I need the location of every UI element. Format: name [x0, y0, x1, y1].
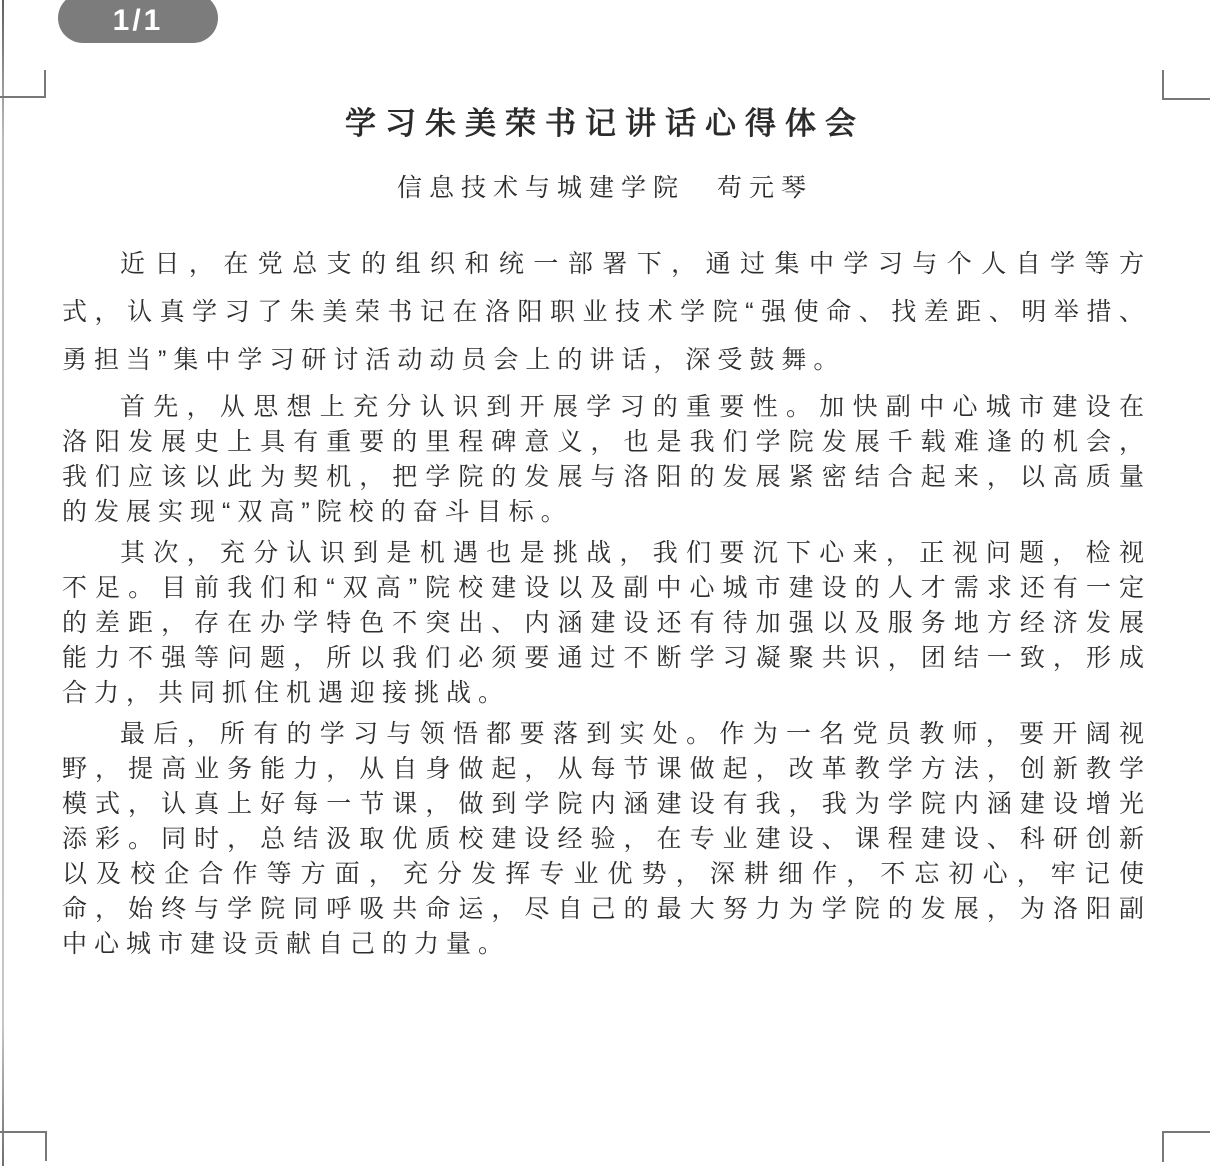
paragraph: 近日，在党总支的组织和统一部署下，通过集中学习与个人自学等方式，认真学习了朱美荣… [62, 240, 1148, 384]
text-line: 合力，共同抓住机遇迎接挑战。 [62, 676, 1148, 711]
document-body: 近日，在党总支的组织和统一部署下，通过集中学习与个人自学等方式，认真学习了朱美荣… [62, 240, 1148, 962]
margin-corner-mark-bottom-right [1162, 1131, 1210, 1162]
paragraph: 其次，充分认识到是机遇也是挑战，我们要沉下心来，正视问题，检视不足。目前我们和“… [62, 536, 1148, 711]
text-line: 的差距，存在办学特色不突出、内涵建设还有待加强以及服务地方经济发展 [62, 606, 1148, 641]
text-line: 中心城市建设贡献自己的力量。 [62, 927, 1148, 962]
text-line: 我们应该以此为契机，把学院的发展与洛阳的发展紧密结合起来，以高质量 [62, 460, 1148, 495]
text-line: 命，始终与学院同呼吸共命运，尽自己的最大努力为学院的发展，为洛阳副 [62, 892, 1148, 927]
text-line: 近日，在党总支的组织和统一部署下，通过集中学习与个人自学等方 [62, 240, 1148, 288]
text-line: 最后，所有的学习与领悟都要落到实处。作为一名党员教师，要开阔视 [62, 717, 1148, 752]
document-byline: 信息技术与城建学院 苟元琴 [62, 176, 1148, 201]
paragraph: 最后，所有的学习与领悟都要落到实处。作为一名党员教师，要开阔视野，提高业务能力，… [62, 717, 1148, 962]
margin-corner-mark-top-left [0, 70, 46, 98]
document-content: 学习朱美荣书记讲话心得体会 信息技术与城建学院 苟元琴 近日，在党总支的组织和统… [62, 0, 1148, 962]
text-line: 勇担当”集中学习研讨活动动员会上的讲话，深受鼓舞。 [62, 336, 1148, 384]
text-line: 模式，认真上好每一节课，做到学院内涵建设有我，我为学院内涵建设增光 [62, 787, 1148, 822]
page-edge-line [2, 0, 4, 1166]
text-line: 首先，从思想上充分认识到开展学习的重要性。加快副中心城市建设在 [62, 390, 1148, 425]
text-line: 野，提高业务能力，从自身做起，从每节课做起，改革教学方法，创新教学 [62, 752, 1148, 787]
text-line: 的发展实现“双高”院校的奋斗目标。 [62, 495, 1148, 530]
text-line: 洛阳发展史上具有重要的里程碑意义，也是我们学院发展千载难逢的机会， [62, 425, 1148, 460]
document-title: 学习朱美荣书记讲话心得体会 [62, 108, 1148, 140]
text-line: 能力不强等问题，所以我们必须要通过不断学习凝聚共识，团结一致，形成 [62, 641, 1148, 676]
text-line: 其次，充分认识到是机遇也是挑战，我们要沉下心来，正视问题，检视 [62, 536, 1148, 571]
text-line: 不足。目前我们和“双高”院校建设以及副中心城市建设的人才需求还有一定 [62, 571, 1148, 606]
text-line: 以及校企合作等方面，充分发挥专业优势，深耕细作，不忘初心，牢记使 [62, 857, 1148, 892]
text-line: 式，认真学习了朱美荣书记在洛阳职业技术学院“强使命、找差距、明举措、 [62, 288, 1148, 336]
text-line: 添彩。同时，总结汲取优质校建设经验，在专业建设、课程建设、科研创新 [62, 822, 1148, 857]
margin-corner-mark-bottom-left [0, 1131, 47, 1161]
margin-corner-mark-top-right [1162, 70, 1210, 100]
document-page: 1/1 学习朱美荣书记讲话心得体会 信息技术与城建学院 苟元琴 近日，在党总支的… [0, 0, 1210, 1166]
paragraph: 首先，从思想上充分认识到开展学习的重要性。加快副中心城市建设在洛阳发展史上具有重… [62, 390, 1148, 530]
